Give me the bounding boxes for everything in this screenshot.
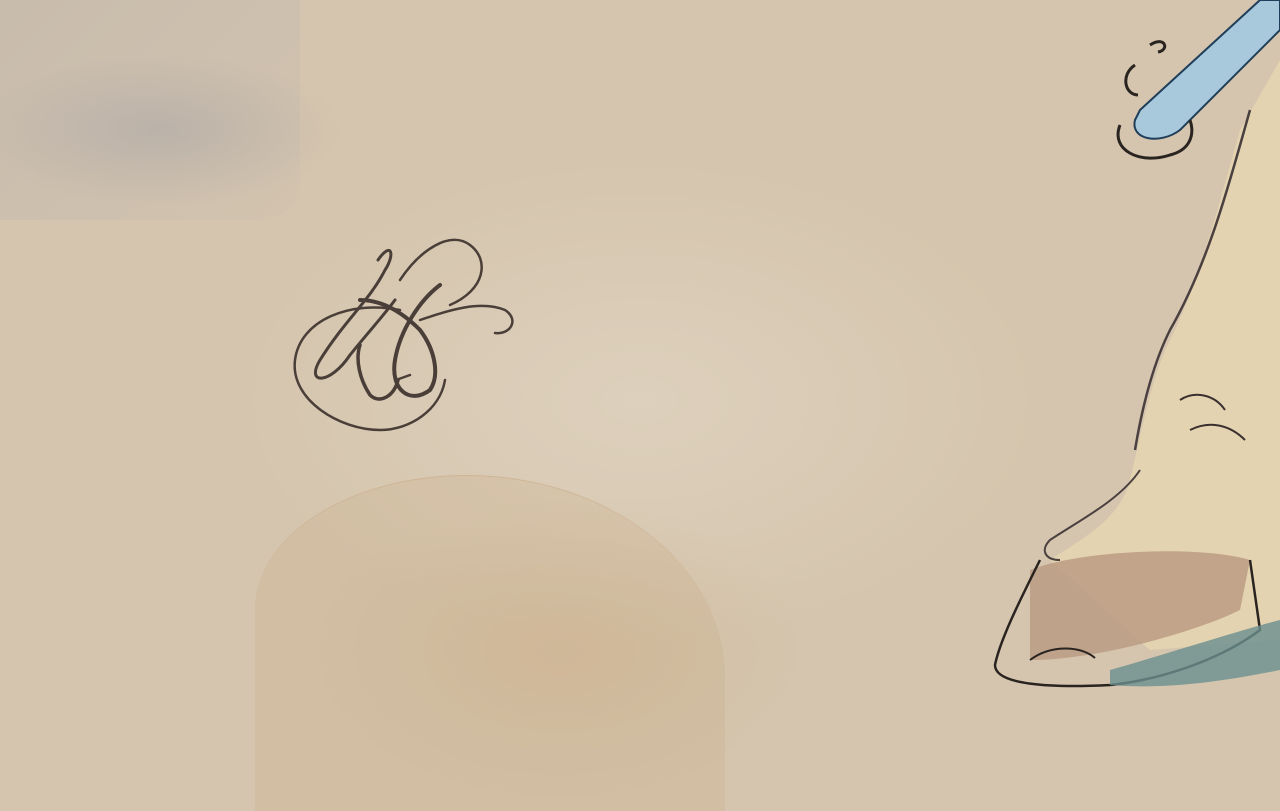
artwork-canvas: WS (0, 0, 1280, 811)
monogram-signature (295, 240, 513, 430)
drawing (0, 0, 1280, 811)
